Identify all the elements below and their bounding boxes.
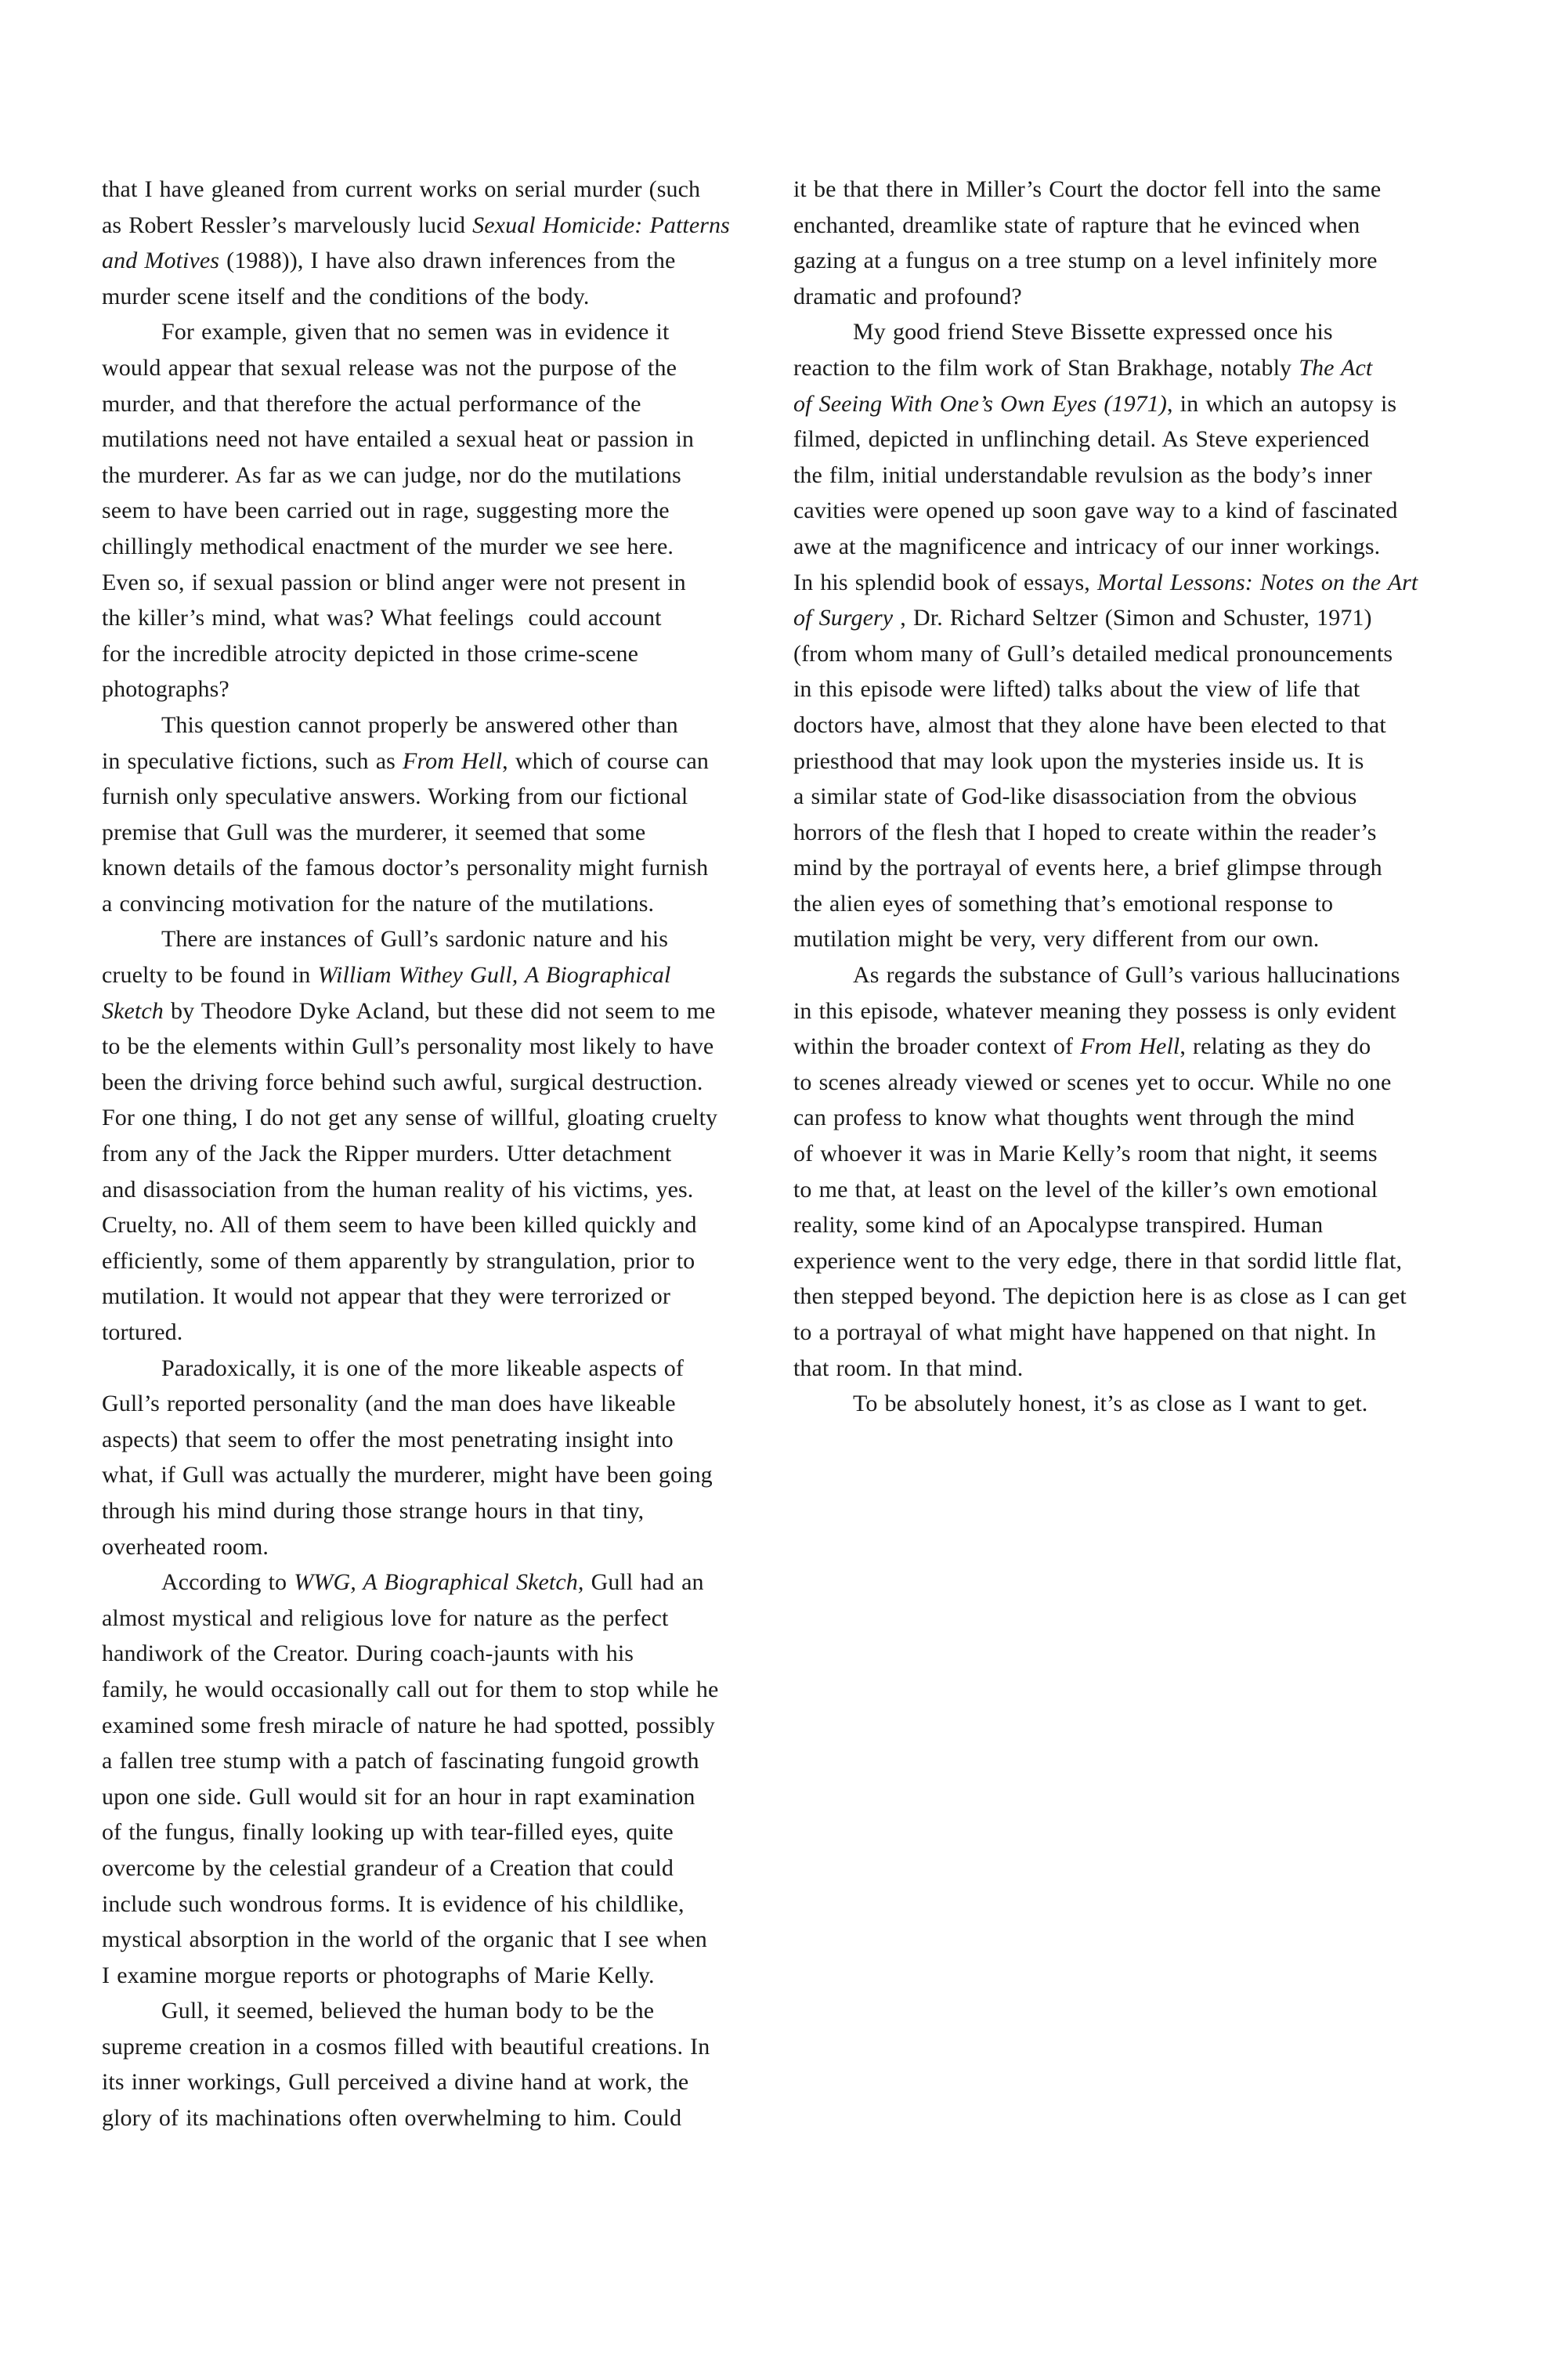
text-segment: aspects) that seem to offer the most pen… bbox=[102, 1427, 674, 1452]
text-segment: reality, some kind of an Apocalypse tran… bbox=[793, 1212, 1323, 1238]
italic-text-segment: Sketch bbox=[102, 998, 164, 1024]
text-segment: mind by the portrayal of events here, a … bbox=[793, 855, 1382, 881]
text-segment: cruelty to be found in bbox=[102, 962, 318, 988]
text-segment: as Robert Ressler’s marvelously lucid bbox=[102, 212, 472, 238]
text-segment: from any of the Jack the Ripper murders.… bbox=[102, 1141, 671, 1166]
text-segment: enchanted, dreamlike state of rapture th… bbox=[793, 212, 1360, 238]
text-segment: According to bbox=[161, 1569, 294, 1595]
text-segment: in this episode were lifted) talks about… bbox=[793, 676, 1360, 702]
text-segment: can profess to know what thoughts went t… bbox=[793, 1105, 1354, 1130]
italic-text-segment: and Motives bbox=[102, 248, 219, 273]
text-segment: upon one side. Gull would sit for an hou… bbox=[102, 1784, 695, 1810]
text-segment: to me that, at least on the level of the… bbox=[793, 1177, 1378, 1203]
paragraph: As regards the substance of Gull’s vario… bbox=[793, 957, 1476, 1386]
text-segment: mutilation. It would not appear that the… bbox=[102, 1283, 670, 1309]
text-segment: for the incredible atrocity depicted in … bbox=[102, 641, 638, 667]
text-segment: to be the elements within Gull’s persona… bbox=[102, 1033, 713, 1059]
text-segment: My good friend Steve Bissette expressed … bbox=[853, 319, 1333, 345]
text-segment: For example, given that no semen was in … bbox=[161, 319, 669, 345]
text-segment: , which of course can bbox=[502, 748, 709, 774]
italic-text-segment: Sexual Homicide: Patterns bbox=[472, 212, 730, 238]
text-segment: dramatic and profound? bbox=[793, 284, 1022, 309]
text-column-right: it be that there in Miller’s Court the d… bbox=[793, 172, 1476, 1422]
text-segment: that room. In that mind. bbox=[793, 1355, 1023, 1381]
text-segment: to scenes already viewed or scenes yet t… bbox=[793, 1069, 1391, 1095]
italic-text-segment: of Surgery bbox=[793, 605, 893, 631]
text-segment: within the broader context of bbox=[793, 1033, 1080, 1059]
text-segment: In his splendid book of essays, bbox=[793, 570, 1097, 595]
text-segment: of whoever it was in Marie Kelly’s room … bbox=[793, 1141, 1378, 1166]
italic-text-segment: The Act bbox=[1299, 355, 1372, 381]
text-segment: I examine morgue reports or photographs … bbox=[102, 1962, 655, 1988]
text-segment: of the fungus, finally looking up with t… bbox=[102, 1819, 674, 1845]
text-segment: photographs? bbox=[102, 676, 229, 702]
text-segment: been the driving force behind such awful… bbox=[102, 1069, 703, 1095]
text-segment: efficiently, some of them apparently by … bbox=[102, 1248, 695, 1274]
text-segment: overcome by the celestial grandeur of a … bbox=[102, 1855, 674, 1881]
text-segment: Gull, it seemed, believed the human body… bbox=[161, 1998, 654, 2024]
text-segment: that I have gleaned from current works o… bbox=[102, 176, 700, 202]
text-segment: murder, and that therefore the actual pe… bbox=[102, 391, 641, 417]
text-segment: , in which an autopsy is bbox=[1167, 391, 1396, 417]
italic-text-segment: From Hell bbox=[1080, 1033, 1179, 1059]
text-segment: Gull had an bbox=[583, 1569, 703, 1595]
text-segment: doctors have, almost that they alone hav… bbox=[793, 712, 1386, 738]
text-segment: murder scene itself and the conditions o… bbox=[102, 284, 590, 309]
text-segment: To be absolutely honest, it’s as close a… bbox=[853, 1391, 1367, 1416]
text-segment: in speculative fictions, such as bbox=[102, 748, 403, 774]
text-segment: a convincing motivation for the nature o… bbox=[102, 891, 654, 917]
text-segment: it be that there in Miller’s Court the d… bbox=[793, 176, 1381, 202]
text-segment: chillingly methodical enactment of the m… bbox=[102, 534, 674, 559]
text-segment: almost mystical and religious love for n… bbox=[102, 1605, 668, 1631]
text-segment: glory of its machinations often overwhel… bbox=[102, 2105, 681, 2131]
text-segment: furnish only speculative answers. Workin… bbox=[102, 783, 688, 809]
text-segment: the alien eyes of something that’s emoti… bbox=[793, 891, 1333, 917]
text-segment: what, if Gull was actually the murderer,… bbox=[102, 1462, 713, 1488]
text-segment: mutilation might be very, very different… bbox=[793, 926, 1319, 952]
italic-text-segment: William Withey Gull, A Biographical bbox=[318, 962, 671, 988]
paragraph: Gull, it seemed, believed the human body… bbox=[102, 1993, 785, 2136]
text-segment: known details of the famous doctor’s per… bbox=[102, 855, 708, 881]
text-segment: handiwork of the Creator. During coach-j… bbox=[102, 1640, 634, 1666]
text-segment: awe at the magnificence and intricacy of… bbox=[793, 534, 1380, 559]
text-segment: a similar state of God-like disassociati… bbox=[793, 783, 1357, 809]
text-segment: reaction to the film work of Stan Brakha… bbox=[793, 355, 1299, 381]
text-segment: its inner workings, Gull perceived a div… bbox=[102, 2069, 688, 2095]
text-segment: include such wondrous forms. It is evide… bbox=[102, 1891, 685, 1917]
text-segment: Paradoxically, it is one of the more lik… bbox=[161, 1355, 684, 1381]
text-segment: horrors of the flesh that I hoped to cre… bbox=[793, 819, 1376, 845]
text-segment: For one thing, I do not get any sense of… bbox=[102, 1105, 717, 1130]
text-segment: There are instances of Gull’s sardonic n… bbox=[161, 926, 668, 952]
text-segment: family, he would occasionally call out f… bbox=[102, 1676, 718, 1702]
paragraph: For example, given that no semen was in … bbox=[102, 314, 785, 707]
paragraph: This question cannot properly be answere… bbox=[102, 707, 785, 922]
text-segment: priesthood that may look upon the myster… bbox=[793, 748, 1364, 774]
text-segment: to a portrayal of what might have happen… bbox=[793, 1319, 1376, 1345]
text-segment: As regards the substance of Gull’s vario… bbox=[853, 962, 1400, 988]
text-segment: the killer’s mind, what was? What feelin… bbox=[102, 605, 662, 631]
text-segment: would appear that sexual release was not… bbox=[102, 355, 677, 381]
text-segment: filmed, depicted in unflinching detail. … bbox=[793, 426, 1369, 452]
paragraph: There are instances of Gull’s sardonic n… bbox=[102, 921, 785, 1350]
text-segment: seem to have been carried out in rage, s… bbox=[102, 497, 670, 523]
text-segment: tortured. bbox=[102, 1319, 182, 1345]
text-segment: mutilations need not have entailed a sex… bbox=[102, 426, 694, 452]
paragraph: that I have gleaned from current works o… bbox=[102, 172, 785, 314]
paragraph: To be absolutely honest, it’s as close a… bbox=[793, 1386, 1476, 1422]
text-segment: the murderer. As far as we can judge, no… bbox=[102, 462, 681, 488]
text-segment: premise that Gull was the murderer, it s… bbox=[102, 819, 645, 845]
text-segment: Cruelty, no. All of them seem to have be… bbox=[102, 1212, 697, 1238]
text-segment: then stepped beyond. The depiction here … bbox=[793, 1283, 1407, 1309]
italic-text-segment: WWG, A Biographical Sketch, bbox=[294, 1569, 583, 1595]
italic-text-segment: Mortal Lessons: Notes on the Art bbox=[1097, 570, 1418, 595]
paragraph: My good friend Steve Bissette expressed … bbox=[793, 314, 1476, 957]
text-segment: gazing at a fungus on a tree stump on a … bbox=[793, 248, 1378, 273]
text-segment: and disassociation from the human realit… bbox=[102, 1177, 693, 1203]
text-segment: examined some fresh miracle of nature he… bbox=[102, 1713, 715, 1738]
text-column-left: that I have gleaned from current works o… bbox=[102, 172, 785, 2136]
text-segment: in this episode, whatever meaning they p… bbox=[793, 998, 1396, 1024]
italic-text-segment: of Seeing With One’s Own Eyes (1971) bbox=[793, 391, 1167, 417]
text-segment: a fallen tree stump with a patch of fasc… bbox=[102, 1748, 699, 1774]
text-segment: supreme creation in a cosmos filled with… bbox=[102, 2034, 710, 2060]
text-segment: (1988)), I have also drawn inferences fr… bbox=[219, 248, 675, 273]
document-page: that I have gleaned from current works o… bbox=[0, 0, 1557, 2380]
text-segment: This question cannot properly be answere… bbox=[161, 712, 678, 738]
text-segment: (from whom many of Gull’s detailed medic… bbox=[793, 641, 1393, 667]
text-segment: , Dr. Richard Seltzer (Simon and Schuste… bbox=[893, 605, 1371, 631]
italic-text-segment: From Hell bbox=[403, 748, 502, 774]
text-segment: cavities were opened up soon gave way to… bbox=[793, 497, 1398, 523]
paragraph: According to WWG, A Biographical Sketch,… bbox=[102, 1564, 785, 1993]
text-segment: Even so, if sexual passion or blind ange… bbox=[102, 570, 686, 595]
paragraph: it be that there in Miller’s Court the d… bbox=[793, 172, 1476, 314]
paragraph: Paradoxically, it is one of the more lik… bbox=[102, 1351, 785, 1565]
text-segment: mystical absorption in the world of the … bbox=[102, 1926, 707, 1952]
text-segment: through his mind during those strange ho… bbox=[102, 1498, 644, 1524]
text-segment: Gull’s reported personality (and the man… bbox=[102, 1391, 676, 1416]
text-segment: overheated room. bbox=[102, 1534, 269, 1560]
text-segment: , relating as they do bbox=[1179, 1033, 1371, 1059]
text-segment: experience went to the very edge, there … bbox=[793, 1248, 1402, 1274]
text-segment: the film, initial understandable revulsi… bbox=[793, 462, 1372, 488]
text-segment: by Theodore Dyke Acland, but these did n… bbox=[164, 998, 716, 1024]
